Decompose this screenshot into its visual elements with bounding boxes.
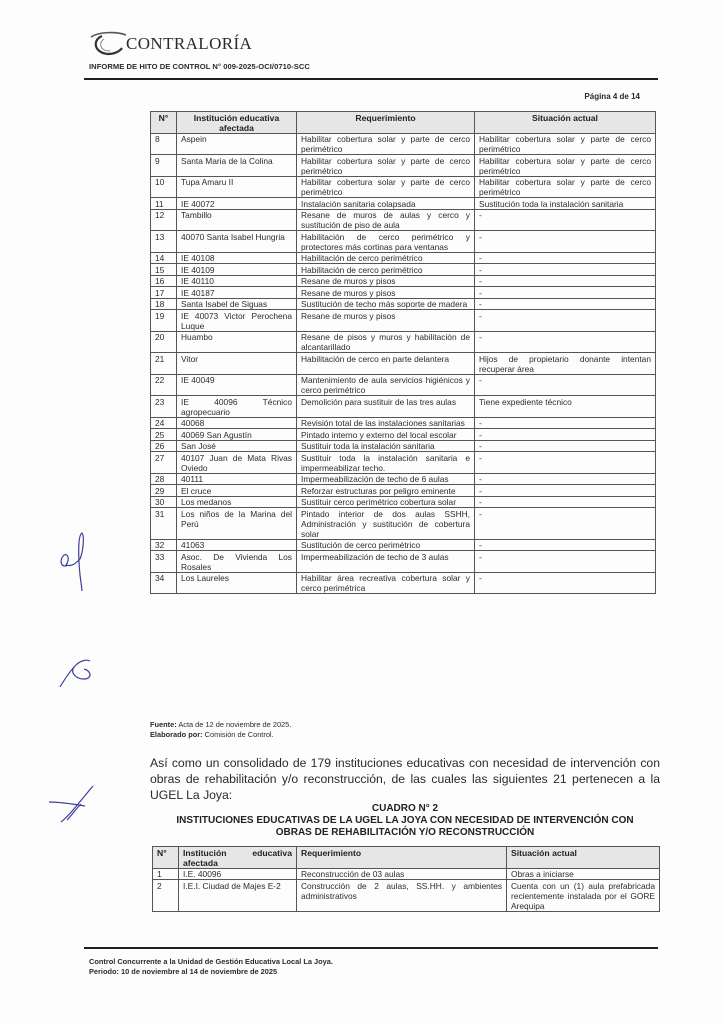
cell-status: - [475, 374, 656, 396]
cell-requirement: Resane de pisos y muros y habilitación d… [297, 331, 475, 353]
table-row: 31Los niños de la Marina del PerúPintado… [151, 508, 656, 540]
table-row: 33Asoc. De Vivienda Los RosalesImpermeab… [151, 551, 656, 573]
cell-institution: 41063 [177, 539, 297, 551]
cell-status: - [475, 485, 656, 497]
cell-number: 12 [151, 209, 177, 231]
cell-requirement: Resane de muros de aulas y cerco y susti… [297, 209, 475, 231]
col-header-institution: Institución educativa afectada [177, 112, 297, 134]
cell-institution: Los Laureles [177, 572, 297, 594]
table-row: 17IE 40187Resane de muros y pisos- [151, 287, 656, 299]
cell-institution: IE 40049 [177, 374, 297, 396]
cell-status: Sustitución toda la instalación sanitari… [475, 198, 656, 210]
cell-institution: 40107 Juan de Mata Rivas Oviedo [177, 452, 297, 474]
cell-institution: Tupa Amaru II [177, 176, 297, 198]
cell-status: Cuenta con un (1) aula prefabricada reci… [507, 880, 660, 912]
col-header-status: Situación actual [475, 112, 656, 134]
table-row: 23IE 40096 Técnico agropecuarioDemolició… [151, 396, 656, 418]
table-row: 26San JoséSustituir toda la instalación … [151, 440, 656, 452]
cell-number: 24 [151, 417, 177, 429]
cell-number: 1 [153, 868, 179, 880]
cell-status: - [475, 473, 656, 485]
cell-institution: Vitor [177, 353, 297, 375]
table-header-row: N° Institución educativa afectada Requer… [151, 112, 656, 134]
cell-number: 30 [151, 496, 177, 508]
cell-status: - [475, 331, 656, 353]
cell-requirement: Habilitación de cerco perimétrico [297, 252, 475, 264]
cell-number: 21 [151, 353, 177, 375]
cell-requirement: Revisión total de las instalaciones sani… [297, 417, 475, 429]
table-row: 14IE 40108Habilitación de cerco perimétr… [151, 252, 656, 264]
cell-number: 2 [153, 880, 179, 912]
table-row: 2840111Impermeabilización de techo de 6 … [151, 473, 656, 485]
cell-number: 27 [151, 452, 177, 474]
cell-institution: Huambo [177, 331, 297, 353]
cell-institution: IE 40073 Victor Perochena Luque [177, 310, 297, 332]
table-row: 8AspeinHabilitar cobertura solar y parte… [151, 133, 656, 155]
cell-status: Habilitar cobertura solar y parte de cer… [475, 133, 656, 155]
cell-requirement: Habilitar cobertura solar y parte de cer… [297, 133, 475, 155]
cuadro-title-line1: INSTITUCIONES EDUCATIVAS DE LA UGEL LA J… [150, 815, 660, 826]
cell-institution: IE 40108 [177, 252, 297, 264]
cell-status: - [475, 231, 656, 253]
table-row: 18Santa Isabel de SiguasSustitución de t… [151, 298, 656, 310]
cell-institution: I.E.I. Ciudad de Majes E-2 [179, 880, 297, 912]
cell-number: 25 [151, 429, 177, 441]
page-number: Página 4 de 14 [584, 92, 640, 101]
cell-status: Obras a iniciarse [507, 868, 660, 880]
cell-requirement: Construcción de 2 aulas, SS.HH. y ambien… [297, 880, 507, 912]
cell-institution: IE 40109 [177, 264, 297, 276]
table-row: 2740107 Juan de Mata Rivas OviedoSustitu… [151, 452, 656, 474]
table-row: 30Los medanosSustituir cerco perimétrico… [151, 496, 656, 508]
table-row: 9Santa Maria de la ColinaHabilitar cober… [151, 155, 656, 177]
cell-institution: Santa Isabel de Siguas [177, 298, 297, 310]
cell-status: - [475, 264, 656, 276]
cell-number: 18 [151, 298, 177, 310]
cell-requirement: Sustitución de techo más soporte de made… [297, 298, 475, 310]
table-row: 20HuamboResane de pisos y muros y habili… [151, 331, 656, 353]
report-code: INFORME DE HITO DE CONTROL N° 009-2025-O… [89, 62, 310, 71]
table-row: 12TambilloResane de muros de aulas y cer… [151, 209, 656, 231]
page-footer: Control Concurrente a la Unidad de Gesti… [89, 957, 333, 977]
handwritten-initials-signature [50, 655, 100, 695]
cell-requirement: Impermeabilización de techo de 6 aulas [297, 473, 475, 485]
cell-number: 32 [151, 539, 177, 551]
cell-status: Habilitar cobertura solar y parte de cer… [475, 155, 656, 177]
cell-status: - [475, 275, 656, 287]
source-text: Acta de 12 de noviembre de 2025. [177, 720, 292, 729]
cell-requirement: Habilitar cobertura solar y parte de cer… [297, 176, 475, 198]
table-row: 3241063Sustitución de cerco perimétrico- [151, 539, 656, 551]
cell-status: Hijos de propietario donante intentan re… [475, 353, 656, 375]
cuadro-title-line2: OBRAS DE REHABILITACIÓN Y/O RECONSTRUCCI… [150, 827, 660, 838]
cell-institution: San José [177, 440, 297, 452]
cell-status: - [475, 539, 656, 551]
cell-requirement: Habilitación de cerco perimétrico y prot… [297, 231, 475, 253]
col-header-status: Situación actual [507, 847, 660, 869]
cell-institution: Los medanos [177, 496, 297, 508]
cell-requirement: Sustituir toda la instalación sanitaria … [297, 452, 475, 474]
cell-number: 26 [151, 440, 177, 452]
cell-number: 34 [151, 572, 177, 594]
cell-institution: IE 40187 [177, 287, 297, 299]
cell-institution: Santa Maria de la Colina [177, 155, 297, 177]
handwritten-initials-signature [45, 780, 105, 830]
cell-number: 17 [151, 287, 177, 299]
cell-number: 15 [151, 264, 177, 276]
col-header-institution: Institución educativa afectada [179, 847, 297, 869]
footer-divider [84, 947, 658, 949]
table-row: 11IE 40072Instalación sanitaria colapsad… [151, 198, 656, 210]
cell-institution: 40070 Santa Isabel Hungria [177, 231, 297, 253]
cell-number: 9 [151, 155, 177, 177]
cell-number: 13 [151, 231, 177, 253]
cell-institution: I.E. 40096 [179, 868, 297, 880]
prepared-by-label: Elaborado por: [150, 730, 203, 739]
table-row: 16IE 40110Resane de muros y pisos- [151, 275, 656, 287]
cell-institution: Tambillo [177, 209, 297, 231]
cell-requirement: Pintado interior de dos aulas SSHH, Admi… [297, 508, 475, 540]
body-paragraph: Así como un consolidado de 179 instituci… [150, 755, 660, 803]
handwritten-initials-signature [50, 525, 100, 595]
table-header-row: N° Institución educativa afectada Requer… [153, 847, 660, 869]
cell-number: 33 [151, 551, 177, 573]
institutions-table: N° Institución educativa afectada Requer… [150, 111, 656, 594]
footer-line2: Periodo: 10 de noviembre al 14 de noviem… [89, 967, 333, 977]
table-row: 10Tupa Amaru IIHabilitar cobertura solar… [151, 176, 656, 198]
cell-status: - [475, 310, 656, 332]
table-row: 1I.E. 40096Reconstrucción de 03 aulasObr… [153, 868, 660, 880]
cell-status: - [475, 298, 656, 310]
cell-institution: Los niños de la Marina del Perú [177, 508, 297, 540]
source-label: Fuente: [150, 720, 177, 729]
cell-number: 28 [151, 473, 177, 485]
cell-status: - [475, 417, 656, 429]
table-row: 21VitorHabilitación de cerco en parte de… [151, 353, 656, 375]
cell-status: - [475, 209, 656, 231]
table-row: 15IE 40109Habilitación de cerco perimétr… [151, 264, 656, 276]
cell-status: - [475, 287, 656, 299]
cell-requirement: Resane de muros y pisos [297, 310, 475, 332]
cell-requirement: Pintado interno y externo del local esco… [297, 429, 475, 441]
brand-name: CONTRALORÍA [126, 34, 252, 54]
cell-number: 8 [151, 133, 177, 155]
cell-status: - [475, 252, 656, 264]
cell-requirement: Habilitación de cerco en parte delantera [297, 353, 475, 375]
table-row: 22IE 40049Mantenimiento de aula servicio… [151, 374, 656, 396]
cell-requirement: Demolición para sustituir de las tres au… [297, 396, 475, 418]
cell-requirement: Reforzar estructuras por peligro eminent… [297, 485, 475, 497]
cell-status: - [475, 508, 656, 540]
cell-requirement: Sustituir cerco perimétrico cobertura so… [297, 496, 475, 508]
cuadro-number: CUADRO N° 2 [150, 803, 660, 814]
table-row: 2440068Revisión total de las instalacion… [151, 417, 656, 429]
cell-requirement: Resane de muros y pisos [297, 275, 475, 287]
col-header-requirement: Requerimiento [297, 112, 475, 134]
cell-number: 29 [151, 485, 177, 497]
ugel-la-joya-table: N° Institución educativa afectada Requer… [152, 846, 660, 912]
cell-requirement: Sustitución de cerco perimétrico [297, 539, 475, 551]
cell-status: Tiene expediente técnico [475, 396, 656, 418]
cell-institution: 40068 [177, 417, 297, 429]
prepared-by-text: Comisión de Control. [203, 730, 274, 739]
table-row: 29El cruceReforzar estructuras por pelig… [151, 485, 656, 497]
cell-institution: IE 40072 [177, 198, 297, 210]
table-row: 2I.E.I. Ciudad de Majes E-2Construcción … [153, 880, 660, 912]
cell-institution: IE 40096 Técnico agropecuario [177, 396, 297, 418]
swoosh-logo-icon [88, 31, 128, 57]
cell-requirement: Habilitación de cerco perimétrico [297, 264, 475, 276]
cell-number: 20 [151, 331, 177, 353]
table-row: 2540069 San AgustínPintado interno y ext… [151, 429, 656, 441]
cell-number: 22 [151, 374, 177, 396]
col-header-number: N° [151, 112, 177, 134]
cell-requirement: Habilitar área recreativa cobertura sola… [297, 572, 475, 594]
cell-institution: Aspein [177, 133, 297, 155]
cell-number: 11 [151, 198, 177, 210]
header-divider [84, 78, 658, 80]
cell-requirement: Resane de muros y pisos [297, 287, 475, 299]
cell-requirement: Impermeabilización de techo de 3 aulas [297, 551, 475, 573]
footer-line1: Control Concurrente a la Unidad de Gesti… [89, 957, 333, 967]
table-row: 19IE 40073 Victor Perochena LuqueResane … [151, 310, 656, 332]
cell-institution: El cruce [177, 485, 297, 497]
cell-requirement: Habilitar cobertura solar y parte de cer… [297, 155, 475, 177]
col-header-number: N° [153, 847, 179, 869]
cell-requirement: Reconstrucción de 03 aulas [297, 868, 507, 880]
cell-institution: IE 40110 [177, 275, 297, 287]
table-row: 1340070 Santa Isabel HungriaHabilitación… [151, 231, 656, 253]
cell-status: - [475, 551, 656, 573]
cell-requirement: Sustituir toda la instalación sanitaria [297, 440, 475, 452]
cell-status: - [475, 429, 656, 441]
cell-institution: Asoc. De Vivienda Los Rosales [177, 551, 297, 573]
cell-status: Habilitar cobertura solar y parte de cer… [475, 176, 656, 198]
table-row: 34Los LaurelesHabilitar área recreativa … [151, 572, 656, 594]
cell-institution: 40069 San Agustín [177, 429, 297, 441]
cell-status: - [475, 452, 656, 474]
cell-status: - [475, 496, 656, 508]
cell-number: 14 [151, 252, 177, 264]
cell-requirement: Mantenimiento de aula servicios higiénic… [297, 374, 475, 396]
cell-status: - [475, 572, 656, 594]
cell-institution: 40111 [177, 473, 297, 485]
cell-status: - [475, 440, 656, 452]
col-header-requirement: Requerimiento [297, 847, 507, 869]
document-page: CONTRALORÍA INFORME DE HITO DE CONTROL N… [0, 0, 724, 1024]
cell-number: 16 [151, 275, 177, 287]
cell-number: 19 [151, 310, 177, 332]
cell-number: 31 [151, 508, 177, 540]
cell-requirement: Instalación sanitaria colapsada [297, 198, 475, 210]
contraloria-logo: CONTRALORÍA [88, 31, 252, 57]
cell-number: 10 [151, 176, 177, 198]
cell-number: 23 [151, 396, 177, 418]
table-source-note: Fuente: Acta de 12 de noviembre de 2025.… [150, 720, 291, 740]
